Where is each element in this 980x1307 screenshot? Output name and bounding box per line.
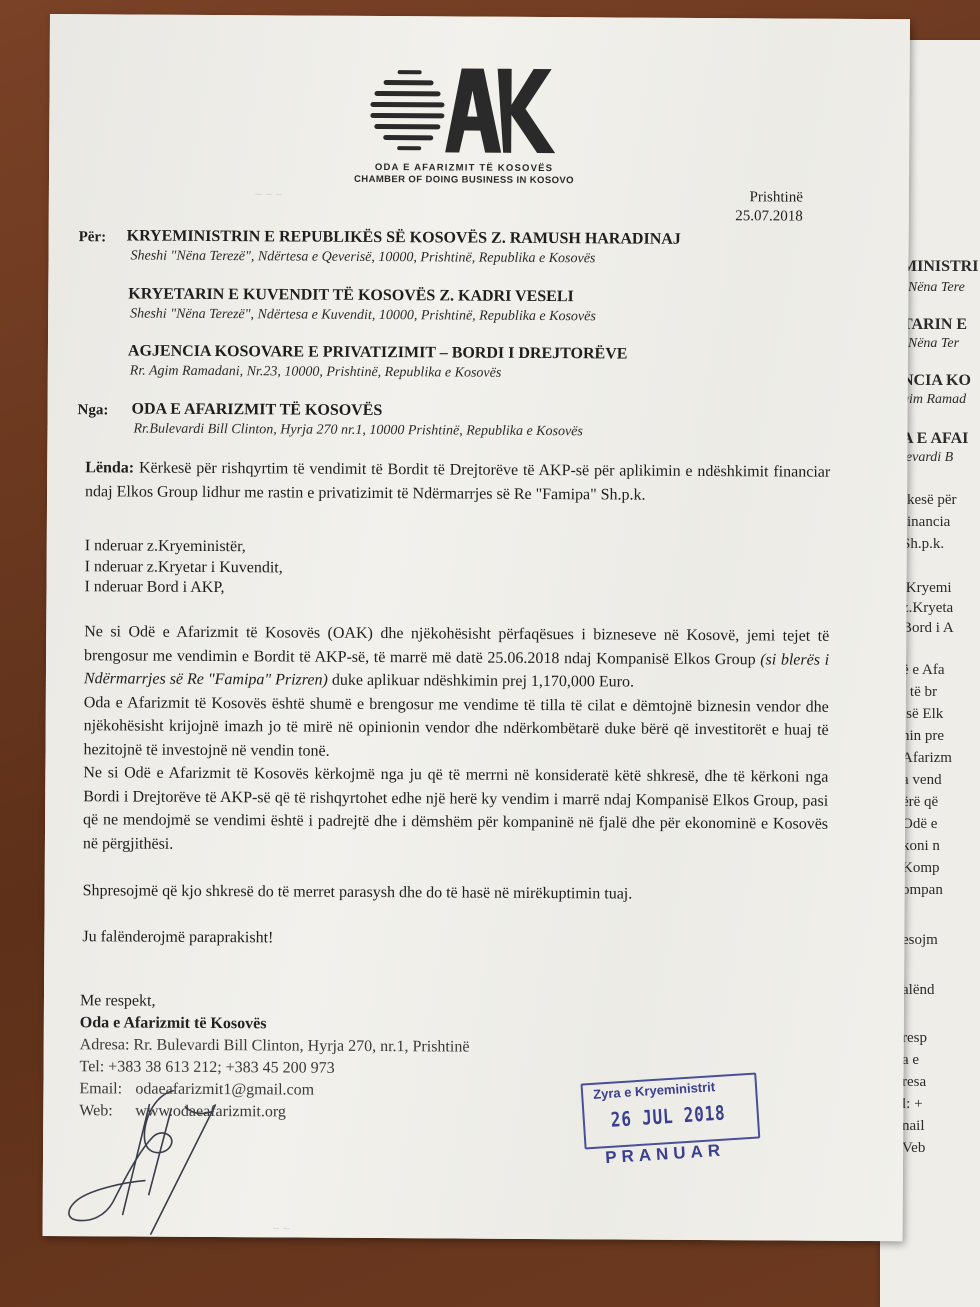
back-fragment: gim Ramad [902,392,966,408]
body-paragraph: Oda e Afarizmit të Kosovës është shumë e… [83,691,828,766]
back-fragment: l: + [902,1096,923,1113]
handwritten-signature-icon [53,1084,264,1235]
back-fragment: z.Kryeta [902,600,953,617]
back-fragment: Odë e [902,816,937,833]
back-fragment: koni n [902,838,940,855]
back-fragment: TARIN E [902,316,967,334]
faint-mark: ~ ~ ~ [255,187,283,201]
back-fragment: Komp [902,860,940,877]
org-name-albanian: ODA E AFARIZMIT TË KOSOVËS [299,162,629,175]
back-fragment: ompan [902,882,943,899]
recipient-address: Sheshi "Nëna Terezë", Ndërtesa e Kuvendi… [130,306,596,325]
salutation: I nderuar Bord i AKP, [84,577,282,599]
back-fragment: nin pre [902,728,944,745]
back-fragment: Veb [902,1140,925,1157]
back-fragment: ërë që [902,794,938,811]
recipient-name: KRYETARIN E KUVENDIT TË KOSOVËS Z. KADRI… [128,285,574,306]
back-fragment: "Nëna Tere [902,280,965,296]
to-label: Për: [79,229,107,246]
back-fragment: ë e Afa [902,662,944,679]
recipient-name: KRYEMINISTRIN E REPUBLIKËS SË KOSOVËS Z.… [127,227,681,248]
body-paragraph: Ne si Odë e Afarizmit të Kosovës (OAK) d… [84,620,829,695]
back-fragment: esojm [902,932,938,949]
recipient-address: Rr. Agim Ramadani, Nr.23, 10000, Prishti… [130,363,502,381]
body-text: duke aplikuar ndëshkimin prej 1,170,000 … [328,672,634,691]
recipient-name: AGJENCIA KOSOVARE E PRIVATIZIMIT – BORDI… [128,342,628,363]
back-fragment: levardi B [902,450,953,466]
subject-text: Kërkesë për rishqyrtim të vendimit të Bo… [85,460,830,504]
subject-label: Lënda: [85,459,134,476]
salutation: I nderuar z.Kryetar i Kuvendit, [85,557,283,579]
back-fragment: .Kryemi [902,580,952,597]
back-fragment: isë Elk [902,706,943,723]
city: Prishtinë [735,188,803,207]
back-fragment: A E AFAI [902,430,968,448]
back-fragment: "Nëna Ter [902,336,959,352]
back-fragment: Bord i A [902,620,954,637]
back-fragment: alënd [902,982,934,999]
sender-name: ODA E AFARIZMIT TË KOSOVËS [132,401,383,421]
body-text: Ne si Odë e Afarizmit të Kosovës (OAK) d… [84,623,829,668]
back-fragment: nail [902,1118,925,1135]
faint-mark: ~ ~ [273,1221,290,1235]
received-stamp: Zyra e Kryeministrit 26 JUL 2018 PRANUAR [580,1072,765,1175]
back-fragment: t të br [902,684,937,701]
signatory: Oda e Afarizmit të Kosovës [80,1012,470,1036]
closing-thanks: Ju falënderojmë paraprakisht! [82,928,273,947]
back-fragment: MINISTRI [902,258,978,276]
org-name-english: CHAMBER OF DOING BUSINESS IN KOSOVO [299,174,629,187]
regards: Me respekt, [80,990,470,1014]
oak-globe-logo-icon [361,60,562,161]
letter-body: Ne si Odë e Afarizmit të Kosovës (OAK) d… [83,620,829,860]
back-fragment: NCIA KO [902,372,971,390]
contact-address: Adresa: Rr. Bulevardi Bill Clinton, Hyrj… [80,1034,470,1058]
back-fragment: Sh.p.k. [902,536,944,553]
salutation: I nderuar z.Kryeministër, [85,536,283,558]
contact-phone: Tel: +383 38 613 212; +383 45 200 973 [79,1056,469,1080]
subject-line: Lënda: Kërkesë për rishqyrtim të vendimi… [85,456,830,508]
place-date: Prishtinë 25.07.2018 [735,188,803,226]
letter-date: 25.07.2018 [735,207,803,226]
back-fragment: resa [902,1074,926,1091]
recipient-address: Sheshi "Nëna Terezë", Ndërtesa e Qeveris… [130,248,595,267]
from-label: Nga: [78,402,109,419]
salutations: I nderuar z.Kryeministër, I nderuar z.Kr… [84,536,283,599]
back-fragment: Afarizm [902,750,952,767]
closing-hope: Shpresojmë që kjo shkresë do të merret p… [83,882,633,903]
back-fragment: rkesë për [902,492,957,509]
sender-address: Rr.Bulevardi Bill Clinton, Hyrja 270 nr.… [133,422,582,441]
back-fragment: a vend [902,772,942,789]
back-fragment: a e [902,1052,919,1069]
back-fragment: resp [902,1030,927,1047]
letter-page: ODA E AFARIZMIT TË KOSOVËS CHAMBER OF DO… [43,14,910,1241]
body-paragraph: Ne si Odë e Afarizmit të Kosovës kërkojm… [83,761,829,860]
back-fragment: financia [902,514,950,531]
